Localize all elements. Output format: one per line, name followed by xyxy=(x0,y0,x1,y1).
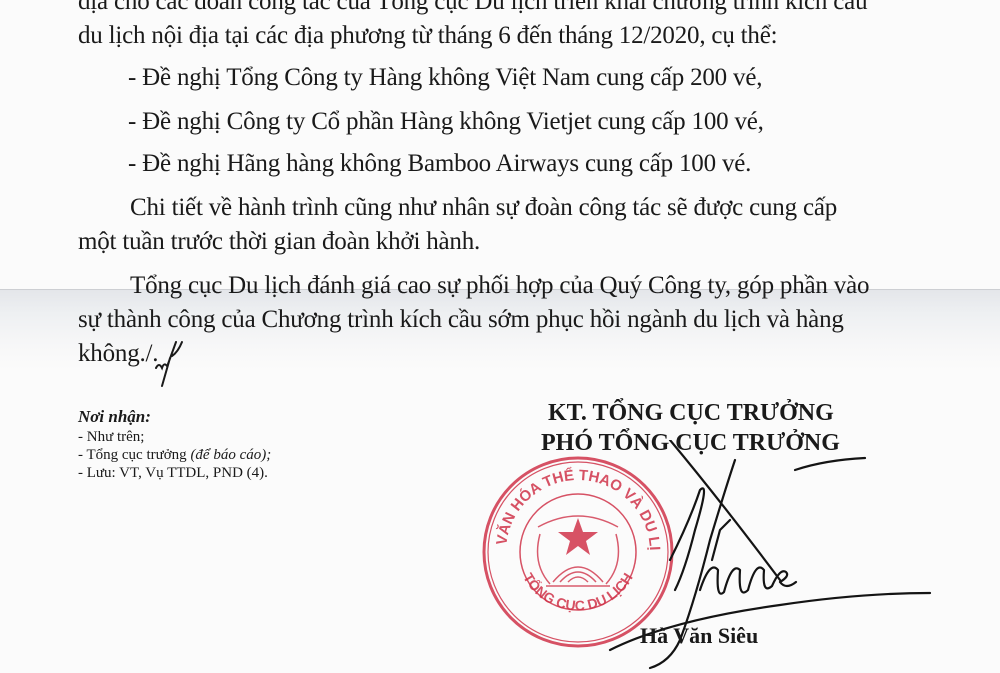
closing-line-2: sự thành công của Chương trình kích cầu … xyxy=(78,306,844,334)
initials-mark-icon xyxy=(152,338,192,388)
details-line-2: một tuần trước thời gian đoàn khởi hành. xyxy=(78,228,480,256)
signature-title-line-1: KT. TỔNG CỤC TRƯỞNG xyxy=(548,400,834,427)
body-intro-line-2: du lịch nội địa tại các địa phương từ th… xyxy=(78,22,777,50)
recipient-item-label: - Tổng cục trưởng xyxy=(78,447,190,463)
details-line-1: Chi tiết về hành trình cũng như nhân sự … xyxy=(130,194,837,222)
recipients-title: Nơi nhận: xyxy=(78,408,271,426)
request-item-bamboo-airways: - Đề nghị Hãng hàng không Bamboo Airways… xyxy=(128,150,751,178)
body-intro-line-1: địa cho các đoàn công tác của Tổng cục D… xyxy=(78,0,867,16)
recipients-block: Nơi nhận: - Như trên; - Tổng cục trưởng … xyxy=(78,408,271,482)
request-item-vietnam-airlines: - Đề nghị Tổng Công ty Hàng không Việt N… xyxy=(128,64,762,92)
request-item-vietjet: - Đề nghị Công ty Cổ phần Hàng không Vie… xyxy=(128,108,764,136)
recipient-item: - Như trên; xyxy=(78,428,271,446)
recipient-item-note: (để báo cáo); xyxy=(190,447,271,463)
recipient-item: - Tổng cục trưởng (để báo cáo); xyxy=(78,446,271,464)
closing-line-3: không./. xyxy=(78,340,158,368)
closing-line-1: Tổng cục Du lịch đánh giá cao sự phối hợ… xyxy=(130,272,869,300)
recipient-item: - Lưu: VT, Vụ TTDL, PND (4). xyxy=(78,464,271,482)
signer-name: Hà Văn Siêu xyxy=(640,623,758,649)
